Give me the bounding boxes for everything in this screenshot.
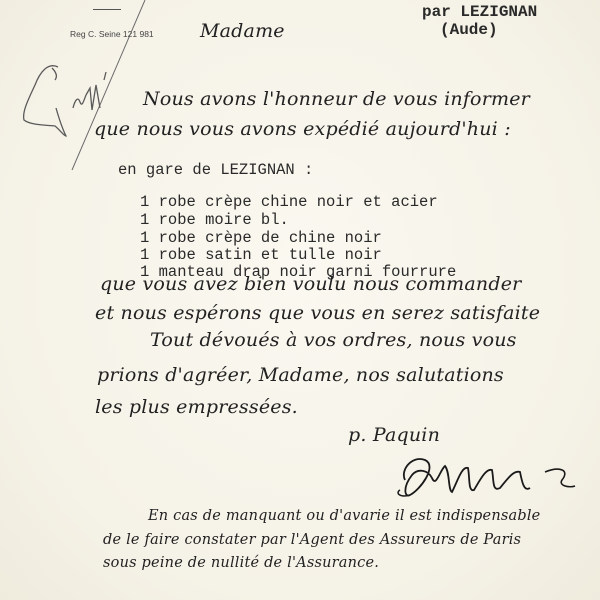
salutation: Madame [200,20,285,42]
body-line-2: que nous vous avons expédié aujourd'hui … [94,118,511,140]
shipped-item: 1 robe crèpe de chine noir [140,229,382,247]
notice-line-1: En cas de manquant ou d'avarie il est in… [148,508,540,524]
body-line-3: que vous avez bien voulu nous commander [100,273,521,295]
letterhead-divider [93,9,121,10]
registration-number: Reg C. Seine 121 981 [70,29,154,39]
shipped-item: 1 robe crèpe chine noir et acier [140,193,438,211]
address-line-2: (Aude) [440,21,498,39]
body-line-7: les plus empressées. [95,396,298,418]
station-line: en gare de LEZIGNAN : [118,161,313,179]
notice-line-3: sous peine de nullité de l'Assurance. [103,555,379,571]
body-line-1: Nous avons l'honneur de vous informer [143,88,530,110]
signature-per: p. Paquin [348,424,440,446]
address-line-1: par LEZIGNAN [422,3,537,21]
body-line-4: et nous espérons que vous en serez satis… [95,302,540,324]
shipped-item: 1 robe satin et tulle noir [140,246,382,264]
shipped-item: 1 robe moire bl. [140,211,289,229]
letter-paper: PAQUIN . PARIS Reg C. Seine 121 981 Mada… [0,0,600,600]
notice-line-2: de le faire constater par l'Agent des As… [103,532,521,548]
body-line-6: prions d'agréer, Madame, nos salutations [97,364,504,386]
body-line-5: Tout dévoués à vos ordres, nous vous [150,329,517,351]
